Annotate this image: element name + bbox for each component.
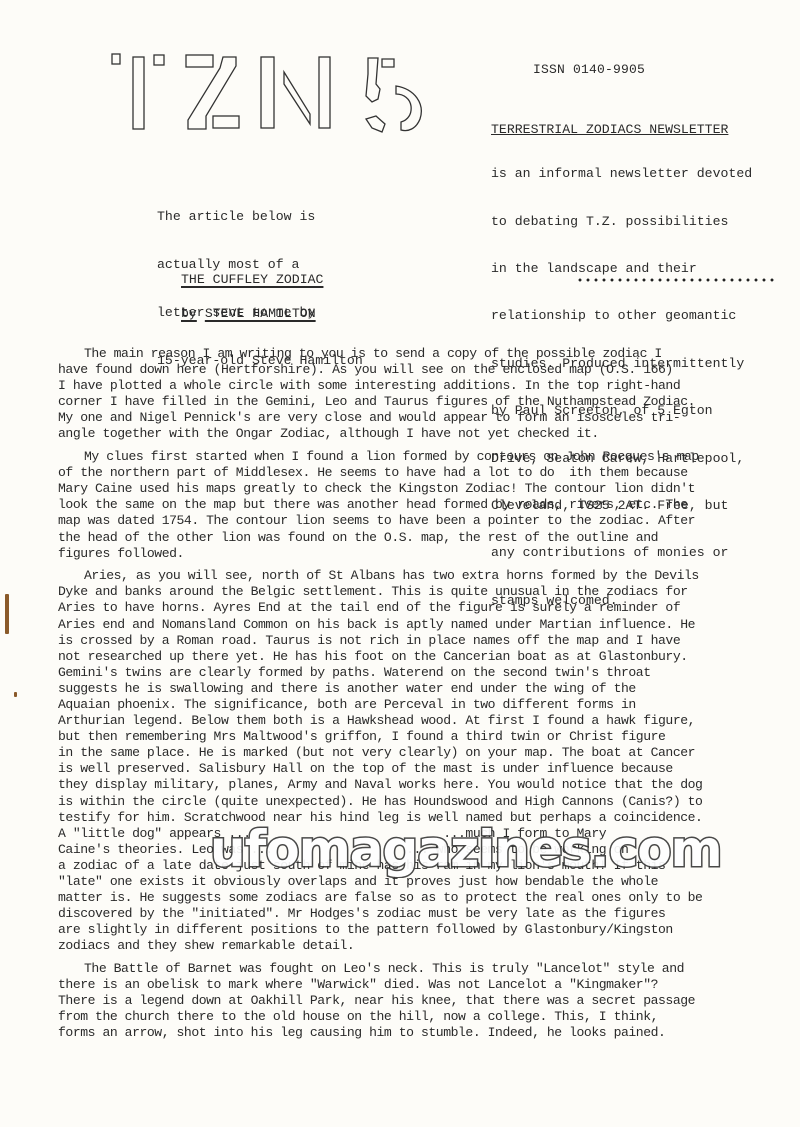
paragraph-line: in the same place. He is marked (but not… [58,745,788,761]
article-paragraph: The main reason I am writing to you is t… [58,346,788,443]
stencil-letters-icon [110,44,430,144]
paragraph-line: discovered by the "initiated". Mr Hodges… [58,906,788,922]
paragraph-line: Aquaian phoenix. The significance, both … [58,697,788,713]
paragraph-line: are slightly in different positions to t… [58,922,788,938]
paragraph-line: the head of the other lion was found on … [58,530,788,546]
paragraph-line: they display military, planes, Army and … [58,777,788,793]
watermark: ufomagazines.com [210,824,722,874]
blurb-line: to debating T.Z. possibilities [491,214,791,230]
paragraph-line: Gemini's twins are clearly formed by pat… [58,665,788,681]
blurb-line: relationship to other geomantic [491,308,791,324]
intro-line: The article below is [157,209,363,225]
paragraph-line: of the northern part of Middlesex. He se… [58,465,788,481]
paragraph-line: I have plotted a whole circle with some … [58,378,788,394]
paragraph-line: is crossed by a Roman road. Taurus is no… [58,633,788,649]
paragraph-line: Mary Caine used his maps greatly to chec… [58,481,788,497]
dotted-divider [576,278,776,282]
paragraph-line: zodiacs and they shew remarkable detail. [58,938,788,954]
margin-ink-mark [5,594,9,634]
paragraph-line: not researched up there yet. He has his … [58,649,788,665]
newsletter-page: TZN 5 IS [0,0,800,1127]
intro-line: actually most of a [157,257,363,273]
paragraph-line: corner I have filled in the Gemini, Leo … [58,394,788,410]
blurb-line: is an informal newsletter devoted [491,166,791,182]
margin-ink-mark [14,692,17,697]
paragraph-line: forms an arrow, shot into his leg causin… [58,1025,788,1041]
paragraph-line: The Battle of Barnet was fought on Leo's… [58,961,788,977]
article-byline: bySTEVE HAMILTON [181,306,316,321]
paragraph-line: have found down here (Hertforshire). As … [58,362,788,378]
article-paragraph: My clues first started when I found a li… [58,449,788,562]
paragraph-line: look the same on the map but there was a… [58,497,788,513]
paragraph-line: There is a legend down at Oakhill Park, … [58,993,788,1009]
masthead-logo: TZN 5 [110,44,430,144]
paragraph-line: is within the circle (quite unexpected).… [58,794,788,810]
paragraph-line: My one and Nigel Pennick's are very clos… [58,410,788,426]
paragraph-line: Dyke and banks around the Belgic settlem… [58,584,788,600]
paragraph-line: Aries to have horns. Ayres End at the ta… [58,600,788,616]
byline-prefix: by [181,306,197,321]
paragraph-line: but then remembering Mrs Maltwood's grif… [58,729,788,745]
paragraph-line: map was dated 1754. The contour lion see… [58,513,788,529]
paragraph-line: is well preserved. Salisbury Hall on the… [58,761,788,777]
newsletter-name: TERRESTRIAL ZODIACS NEWSLETTER [491,124,791,135]
article-paragraph: Aries, as you will see, north of St Alba… [58,568,788,954]
paragraph-line: from the church there to the old house o… [58,1009,788,1025]
byline-author: STEVE HAMILTON [205,306,316,321]
paragraph-line: Aries end and Nomansland Common on his b… [58,617,788,633]
paragraph-line: matter is. He suggests some zodiacs are … [58,890,788,906]
paragraph-line: there is an obelisk to mark where "Warwi… [58,977,788,993]
paragraph-line: suggests he is swallowing and there is a… [58,681,788,697]
blurb-line: in the landscape and their [491,261,791,277]
article-paragraph: The Battle of Barnet was fought on Leo's… [58,961,788,1041]
article-body: The main reason I am writing to you is t… [58,346,788,1048]
issn-number: ISSN 0140-9905 [533,62,645,77]
paragraph-line: The main reason I am writing to you is t… [58,346,788,362]
paragraph-line: Arthurian legend. Below them both is a H… [58,713,788,729]
paragraph-line: angle together with the Ongar Zodiac, al… [58,426,788,442]
paragraph-line: Aries, as you will see, north of St Alba… [58,568,788,584]
paragraph-line: figures followed. [58,546,788,562]
paragraph-line: My clues first started when I found a li… [58,449,788,465]
article-title: THE CUFFLEY ZODIAC [181,272,323,287]
